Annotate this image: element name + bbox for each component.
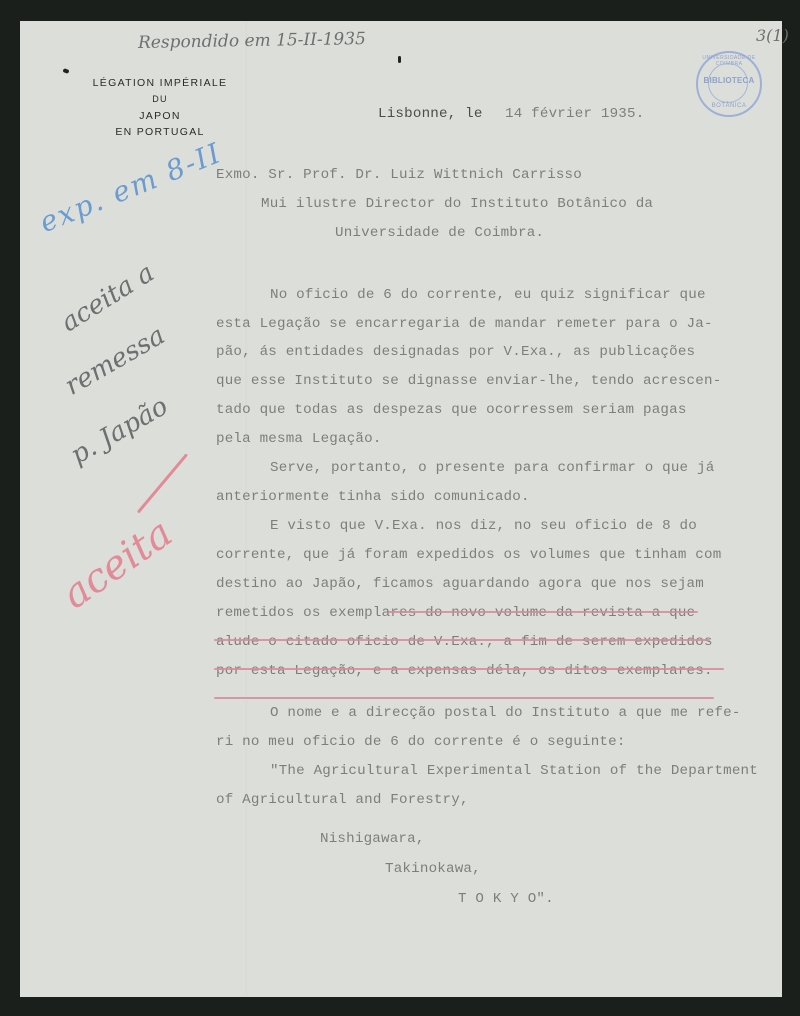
- punch-mark: [62, 68, 69, 74]
- red-underline: [214, 639, 710, 641]
- blue-pencil-note: exp. em 8-II: [35, 136, 227, 239]
- address-line: T O K Y O".: [458, 891, 554, 907]
- library-stamp: UNIVERSIDADE DE COIMBRA BIBLIOTECA BOTÂN…: [696, 51, 762, 117]
- red-underline: [214, 668, 724, 670]
- body-line: pão, ás entidades designadas por V.Exa.,…: [216, 344, 695, 360]
- stamp-label: BIBLIOTECA: [698, 76, 760, 85]
- body-line: corrente, que já foram expedidos os volu…: [216, 547, 721, 563]
- red-pencil-note: aceita: [54, 510, 181, 618]
- body-line: No oficio de 6 do corrente, eu quiz sign…: [270, 287, 706, 303]
- body-line: que esse Instituto se dignasse enviar-lh…: [216, 373, 721, 389]
- body-line: pela mesma Legação.: [216, 431, 382, 447]
- letterhead-line4: EN PORTUGAL: [60, 126, 260, 138]
- red-pencil-stroke: [137, 453, 188, 513]
- dateline-date: 14 février 1935.: [505, 106, 644, 122]
- body-line: remetidos os exemplares do novo volume d…: [216, 605, 695, 621]
- body-line: of Agricultural and Forestry,: [216, 792, 469, 808]
- body-line: O nome e a direcção postal do Instituto …: [270, 705, 741, 721]
- stamp-ring-bottom: BOTÂNICA: [698, 103, 760, 109]
- body-line: ri no meu oficio de 6 do corrente é o se…: [216, 734, 626, 750]
- body-line: Serve, portanto, o presente para confirm…: [270, 460, 714, 476]
- letterhead-line1: LÉGATION IMPÉRIALE: [60, 77, 260, 89]
- red-underline: [388, 611, 698, 613]
- address-line: Nishigawara,: [320, 831, 425, 847]
- punch-mark: [398, 56, 401, 63]
- body-line: esta Legação se encarregaria de mandar r…: [216, 316, 713, 332]
- page-number: 3(1): [756, 26, 789, 45]
- body-line: por esta Legação, e a expensas déla, os …: [216, 663, 713, 679]
- red-underline: [214, 697, 714, 699]
- body-line: E visto que V.Exa. nos diz, no seu ofici…: [270, 518, 697, 534]
- recipient-line3: Universidade de Coimbra.: [335, 225, 544, 241]
- recipient-line2: Mui ilustre Director do Instituto Botâni…: [261, 196, 653, 212]
- dateline-place: Lisbonne, le: [378, 106, 483, 122]
- letter-page: Respondido em 15-II-1935 3(1) UNIVERSIDA…: [20, 21, 782, 997]
- body-line: anteriormente tinha sido comunicado.: [216, 489, 530, 505]
- pencil-note-line3: p. Japão: [66, 391, 174, 470]
- letterhead-line2: DU: [60, 94, 260, 104]
- recipient-line1: Exmo. Sr. Prof. Dr. Luiz Wittnich Carris…: [216, 167, 582, 183]
- letterhead-line3: JAPON: [60, 110, 260, 122]
- body-line: tado que todas as despezas que ocorresse…: [216, 402, 687, 418]
- body-line: alude o citado oficio de V.Exa., a fim d…: [216, 634, 713, 650]
- response-note: Respondido em 15-II-1935: [138, 29, 366, 53]
- body-line: destino ao Japão, ficamos aguardando ago…: [216, 576, 704, 592]
- body-line: "The Agricultural Experimental Station o…: [270, 763, 758, 779]
- address-line: Takinokawa,: [385, 861, 481, 877]
